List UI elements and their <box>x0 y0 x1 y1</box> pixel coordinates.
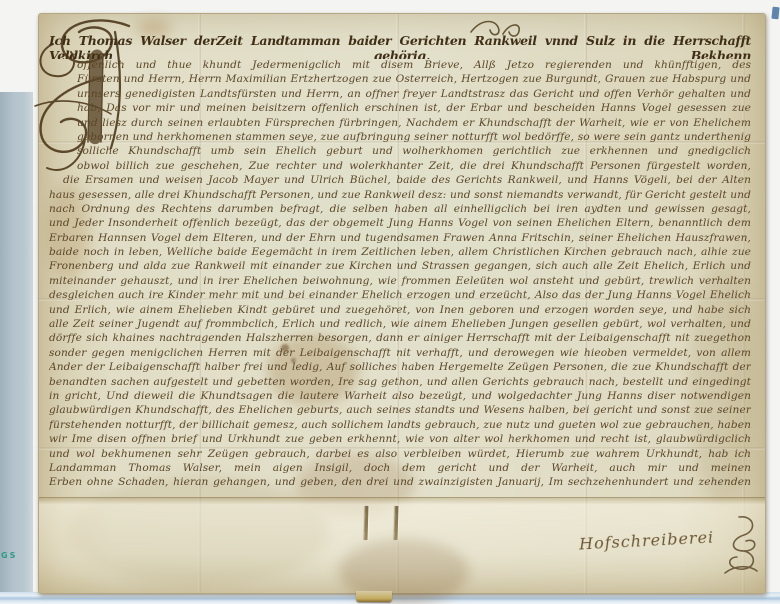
backdrop-left-strip <box>0 92 33 604</box>
text-line: Erbaren Hannsen Vogel dem Elteren, und d… <box>49 231 751 245</box>
text-line: Landamman Thomas Walser, mein aigen Insi… <box>49 461 751 475</box>
body-lines: offenlich und thue khundt Jedermenigclic… <box>49 58 751 490</box>
text-line: Fürsten und Herrn, Herrn Maximilian Ertz… <box>77 72 751 86</box>
text-line: dörffe sich khaines nachtragenden Halszh… <box>49 331 751 345</box>
text-line: und Erlich, wie ainem Ehelieben Kindt ge… <box>49 303 751 317</box>
text-line: glaubwürdigen Khundschafft, des Eheliche… <box>49 403 751 417</box>
seal-slit <box>365 506 369 540</box>
text-line: haus gesessen, alle drei Khundschafft Pe… <box>49 188 751 202</box>
text-line: und liesz durch seinen erlaubten Fürspre… <box>77 116 751 130</box>
opening-line: Ich Thomas Walser derZeit Landtamman bai… <box>49 33 751 59</box>
signature-block: Hofschreiberei <box>579 509 769 584</box>
text-line: solliche Khundschafft umb sein Ehelich g… <box>77 144 751 158</box>
text-line: desgleichen auch ire Kinder mehr mit und… <box>49 288 751 302</box>
text-line: Fronenberg und alda zue Rankweil mit ein… <box>49 259 751 273</box>
text-line: sonder gegen menigclichen Herren mit der… <box>49 346 751 360</box>
text-line: in gricht, Und dieweil die Khundtsagen d… <box>49 389 751 403</box>
text-line: wir Ime disen offnen brief und Urkhundt … <box>49 432 751 446</box>
signature-text: Hofschreiberei <box>579 527 715 553</box>
text-line: benandten sachen aufgestelt und gebetten… <box>49 375 751 389</box>
text-line: und Jeder Insonderheit offenlich bezeügt… <box>49 216 751 230</box>
photo-stage: GS <box>0 0 780 604</box>
text-line: Ander der Leibaigenschafft halber frei u… <box>49 360 751 374</box>
seal-slit <box>395 506 399 540</box>
text-line: die Ersamen und weisen Jacob Mayer und U… <box>63 173 751 187</box>
text-line: nach Ordnung des Rechtens darumben befra… <box>49 202 751 216</box>
text-line: offenlich und thue khundt Jedermenigclic… <box>77 58 751 72</box>
text-line: unnsers genedigisten Landtsfürsten und H… <box>77 87 751 101</box>
text-line: alle Zeit seiner Jugendt auf frommbclich… <box>49 317 751 331</box>
backdrop-corner-mark <box>771 7 779 20</box>
text-line: fürstehenden notturfft, der billichait g… <box>49 418 751 432</box>
text-line: miteinander gehauszt, und in irer Ehelic… <box>49 274 751 288</box>
text-line: gebornen und herkhomenen stammen seye, z… <box>77 130 751 144</box>
signature-flourish <box>719 513 761 577</box>
text-line: hab, Das vor mir und meinen beisitzern o… <box>77 101 751 115</box>
text-line: und wol bekhumenen sehr Zeügen gebrauch,… <box>49 447 751 461</box>
text-line: Erben ohne Schaden, hieran gehangen, und… <box>49 475 751 489</box>
parchment-tab <box>356 591 392 602</box>
catalog-mark: GS <box>1 551 17 560</box>
text-line: obwol billich zue geschehen, Zue rechter… <box>77 159 751 173</box>
parchment-document: Ich Thomas Walser derZeit Landtamman bai… <box>38 13 766 594</box>
text-line: baide noch in leben, Welliche baide Eege… <box>49 245 751 259</box>
